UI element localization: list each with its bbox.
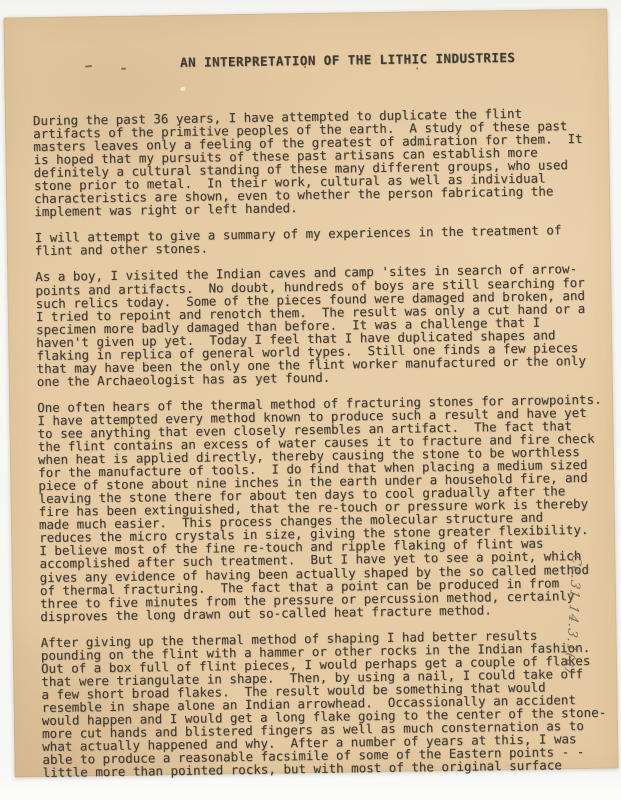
- scan-background: AN INTERPRETATION OF THE LITHIC INDUSTRI…: [0, 0, 621, 800]
- document-body: During the past 36 years, I have attempt…: [33, 106, 613, 780]
- paragraph-1: During the past 36 years, I have attempt…: [33, 106, 604, 219]
- paper-speck: [304, 66, 306, 68]
- paragraph-3: As a boy, I visited the Indian caves and…: [35, 262, 607, 388]
- document-page: AN INTERPRETATION OF THE LITHIC INDUSTRI…: [3, 9, 618, 778]
- paragraph-4: One often hears of the thermal method of…: [37, 392, 610, 622]
- paper-speck: [416, 67, 418, 69]
- paper-flaw-spot: [180, 87, 185, 91]
- paragraph-5: After giving up the thermal method of sh…: [41, 627, 613, 779]
- staple-mark: [121, 68, 126, 70]
- staple-mark: [85, 65, 92, 68]
- paragraph-2: I will attempt to give a summary of my e…: [35, 223, 605, 258]
- page-title: AN INTERPRETATION OF THE LITHIC INDUSTRI…: [180, 50, 608, 69]
